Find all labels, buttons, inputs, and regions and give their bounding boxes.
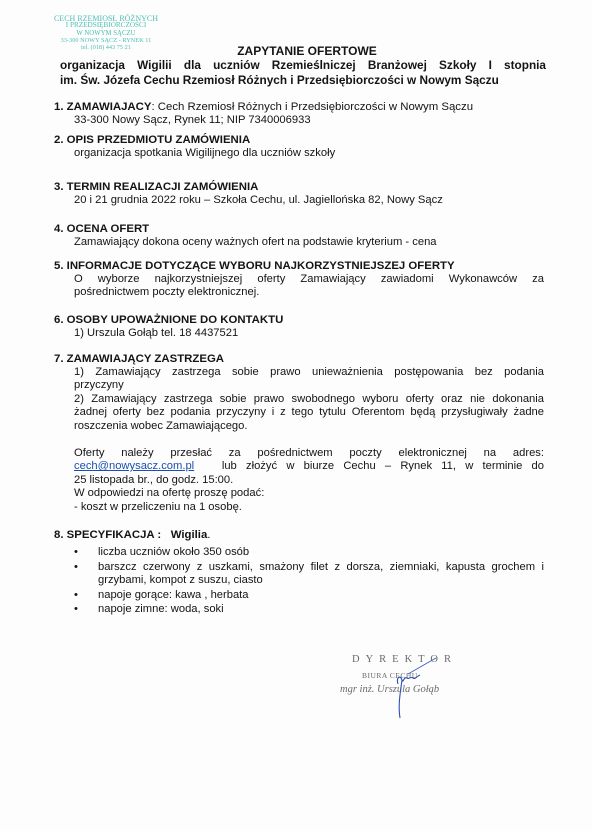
section-body-line: żadnej oferty bez podania przyczyny i z …	[74, 406, 544, 419]
section-heading: 7. ZAMAWIAJĄCY ZASTRZEGA	[54, 352, 544, 366]
bullet-icon: •	[74, 589, 78, 603]
document-title: ZAPYTANIE OFERTOWE	[0, 44, 592, 58]
section-selection-info: 5. INFORMACJE DOTYCZĄCE WYBORU NAJKORZYS…	[54, 259, 544, 300]
section-heading: 6. OSOBY UPOWAŻNIONE DO KONTAKTU	[54, 313, 544, 327]
bullet-icon: •	[74, 603, 78, 617]
section-reservations: 7. ZAMAWIAJĄCY ZASTRZEGA 1) Zamawiający …	[54, 352, 544, 433]
stamp-line: I PRZEDSIĘBIORCZOŚCI	[52, 22, 160, 29]
bullet-icon: •	[74, 561, 78, 575]
section-heading: 5. INFORMACJE DOTYCZĄCE WYBORU NAJKORZYS…	[54, 259, 544, 273]
list-item-text: napoje zimne: woda, soki	[98, 603, 224, 615]
list-item-text: barszcz czerwony z uszkami, smażony file…	[98, 561, 544, 588]
list-item: •liczba uczniów około 350 osób	[64, 546, 544, 560]
section-heading: 8. SPECYFIKACJA : Wigilia.	[54, 528, 544, 542]
document-subtitle: organizacja Wigilii dla uczniów Rzemieśl…	[60, 58, 546, 88]
section-body-line: O wyborze najkorzystniejszej oferty Zama…	[74, 273, 544, 286]
section-heading: 2. OPIS PRZEDMIOTU ZAMÓWIENIA	[54, 133, 544, 147]
section-heading: 4. OCENA OFERT	[54, 222, 544, 236]
email-link[interactable]: cech@nowysacz.com.pl	[74, 460, 194, 472]
list-item: •barszcz czerwony z uszkami, smażony fil…	[64, 561, 544, 588]
list-item: •napoje gorące: kawa , herbata	[64, 589, 544, 603]
bullet-icon: •	[74, 546, 78, 560]
section-body-line: organizacja spotkania Wigilijnego dla uc…	[74, 147, 544, 160]
section-heading: 1. ZAMAWIAJACY: Cech Rzemiosł Różnych i …	[54, 100, 544, 114]
section-heading-value: : Cech Rzemiosł Różnych i Przedsiębiorcz…	[151, 101, 473, 113]
section-heading-text: ZAMAWIAJACY	[67, 101, 152, 113]
section-deadline: 3. TERMIN REALIZACJI ZAMÓWIENIA 20 i 21 …	[54, 180, 544, 207]
section-number: 1.	[54, 101, 67, 113]
section-order-description: 2. OPIS PRZEDMIOTU ZAMÓWIENIA organizacj…	[54, 133, 544, 160]
section-contracting-party: 1. ZAMAWIAJACY: Cech Rzemiosł Różnych i …	[54, 100, 544, 127]
section-body-line: pośrednictwem poczty elektronicznej.	[74, 286, 544, 299]
section-body-line: przyczyny	[74, 379, 544, 392]
list-item-text: liczba uczniów około 350 osób	[98, 546, 249, 558]
offer-line: 25 listopada br., do godz. 15:00.	[74, 474, 544, 487]
offer-line: - koszt w przeliczeniu na 1 osobę.	[74, 501, 544, 514]
specification-list: •liczba uczniów około 350 osób •barszcz …	[54, 546, 544, 617]
heading-period: .	[207, 529, 210, 541]
section-heading: 3. TERMIN REALIZACJI ZAMÓWIENIA	[54, 180, 544, 194]
section-body-line: 20 i 21 grudnia 2022 roku – Szkoła Cechu…	[74, 194, 544, 207]
list-item: •napoje zimne: woda, soki	[64, 603, 544, 617]
offer-line-rest: lub złożyć w biurze Cechu – Rynek 11, w …	[194, 460, 544, 472]
offer-line: Oferty należy przesłać za pośrednictwem …	[74, 447, 544, 460]
section-body-line: roszczenia wobec Zamawiającego.	[74, 420, 544, 433]
offer-line: cech@nowysacz.com.pl lub złożyć w biurze…	[74, 460, 544, 473]
section-body-line: 1) Urszula Gołąb tel. 18 4437521	[74, 327, 544, 340]
offer-line: W odpowiedzi na ofertę proszę podać:	[74, 487, 544, 500]
section-heading-text: 8. SPECYFIKACJA :	[54, 529, 161, 541]
offer-submission-info: Oferty należy przesłać za pośrednictwem …	[54, 447, 544, 514]
section-specification: 8. SPECYFIKACJA : Wigilia. •liczba uczni…	[54, 528, 544, 618]
section-heading-value: Wigilia	[171, 529, 208, 541]
section-body-line: 1) Zamawiający zastrzega sobie prawo uni…	[74, 366, 544, 379]
subtitle-line-1: organizacja Wigilii dla uczniów Rzemieśl…	[60, 58, 546, 73]
section-body-line: 33-300 Nowy Sącz, Rynek 11; NIP 73400069…	[74, 114, 544, 127]
section-offer-evaluation: 4. OCENA OFERT Zamawiający dokona oceny …	[54, 222, 544, 249]
section-contact-persons: 6. OSOBY UPOWAŻNIONE DO KONTAKTU 1) Ursz…	[54, 313, 544, 340]
subtitle-line-2: im. Św. Józefa Cechu Rzemiosł Różnych i …	[60, 73, 546, 88]
list-item-text: napoje gorące: kawa , herbata	[98, 589, 249, 601]
section-body-line: Zamawiający dokona oceny ważnych ofert n…	[74, 236, 544, 249]
stamp-line: W NOWYM SĄCZU	[52, 30, 160, 37]
handwritten-signature-icon	[336, 654, 496, 734]
section-body-line: 2) Zamawiający zastrzega sobie prawo swo…	[74, 393, 544, 406]
